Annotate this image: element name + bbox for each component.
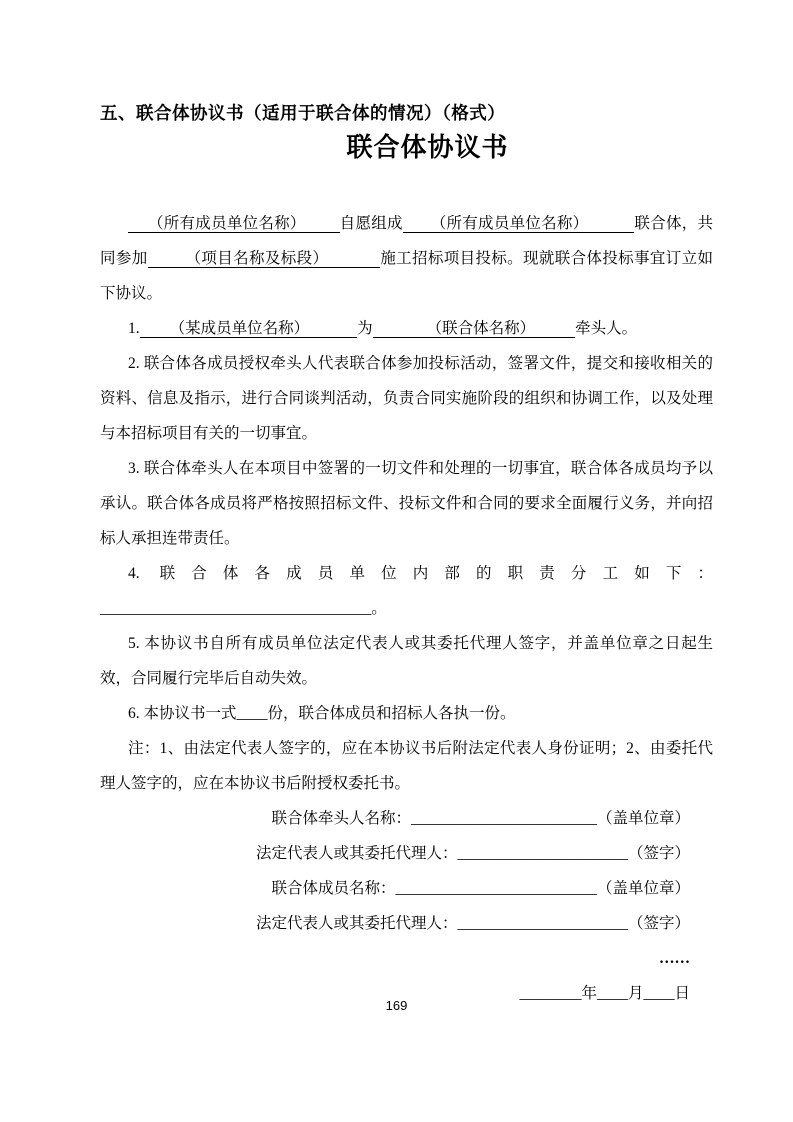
clause-3: 3. 联合体牵头人在本项目中签署的一切文件和处理的一切事宜，联合体各成员均予以承…	[100, 451, 713, 556]
signature-sign-note: （签字）	[628, 915, 690, 932]
signature-line-member-name: 联合体成员名称：__________________________（盖单位章）	[100, 871, 690, 906]
signature-sign-note: （签字）	[628, 845, 690, 862]
signature-line-member-rep: 法定代表人或其委托代理人：______________________（签字）	[100, 906, 690, 941]
clause-4: 4. 联合体各成员单位内部的职责分工如下： __________________…	[100, 556, 713, 626]
signature-fill-line: ______________________	[457, 915, 628, 932]
signature-label: 法定代表人或其委托代理人：	[256, 915, 458, 932]
signature-block: 联合体牵头人名称：________________________（盖单位章） …	[100, 801, 713, 941]
note-paragraph: 注：1、由法定代表人签字的，应在本协议书后附法定代表人身份证明；2、由委托代理人…	[100, 731, 713, 801]
clause-1-text-2: 牵头人。	[575, 320, 637, 337]
clause-1: 1.（某成员单位名称）为（联合体名称）牵头人。	[100, 311, 713, 346]
signature-line-leader-rep: 法定代表人或其委托代理人：______________________（签字）	[100, 836, 690, 871]
ellipsis-line: ……	[100, 941, 713, 976]
signature-fill-line: ________________________	[411, 810, 597, 827]
blank-all-members-2: （所有成员单位名称）	[403, 215, 635, 233]
clause-2: 2. 联合体各成员授权牵头人代表联合体参加投标活动，签署文件，提交和接收相关的资…	[100, 346, 713, 451]
blank-all-members-1: （所有成员单位名称）	[128, 215, 340, 233]
signature-fill-line: __________________________	[395, 880, 597, 897]
blank-consortium-name: （联合体名称）	[373, 320, 576, 338]
clause-1-number: 1.	[128, 320, 140, 337]
clause-5: 5. 本协议书自所有成员单位法定代表人或其委托代理人签字，并盖单位章之日起生效，…	[100, 626, 713, 696]
intro-text-1: 自愿组成	[340, 215, 403, 232]
signature-label: 联合体成员名称：	[271, 880, 395, 897]
intro-paragraph: （所有成员单位名称）自愿组成（所有成员单位名称）联合体，共同参加（项目名称及标段…	[100, 206, 713, 311]
clause-1-text-1: 为	[357, 320, 373, 337]
document-body: （所有成员单位名称）自愿组成（所有成员单位名称）联合体，共同参加（项目名称及标段…	[100, 206, 713, 1011]
page-number: 169	[0, 998, 793, 1013]
blank-project-name: （项目名称及标段）	[148, 250, 381, 268]
signature-label: 法定代表人或其委托代理人：	[256, 845, 458, 862]
document-page: 五、联合体协议书（适用于联合体的情况）（格式） 联合体协议书 （所有成员单位名称…	[0, 0, 793, 1122]
blank-member-name: （某成员单位名称）	[140, 320, 358, 338]
signature-seal-note: （盖单位章）	[597, 880, 690, 897]
signature-seal-note: （盖单位章）	[597, 810, 690, 827]
section-heading: 五、联合体协议书（适用于联合体的情况）（格式）	[100, 101, 713, 125]
signature-label: 联合体牵头人名称：	[271, 810, 411, 827]
signature-fill-line: ______________________	[457, 845, 628, 862]
document-title: 联合体协议书	[142, 131, 713, 163]
signature-line-leader-name: 联合体牵头人名称：________________________（盖单位章）	[100, 801, 690, 836]
clause-6: 6. 本协议书一式____份，联合体成员和招标人各执一份。	[100, 696, 713, 731]
